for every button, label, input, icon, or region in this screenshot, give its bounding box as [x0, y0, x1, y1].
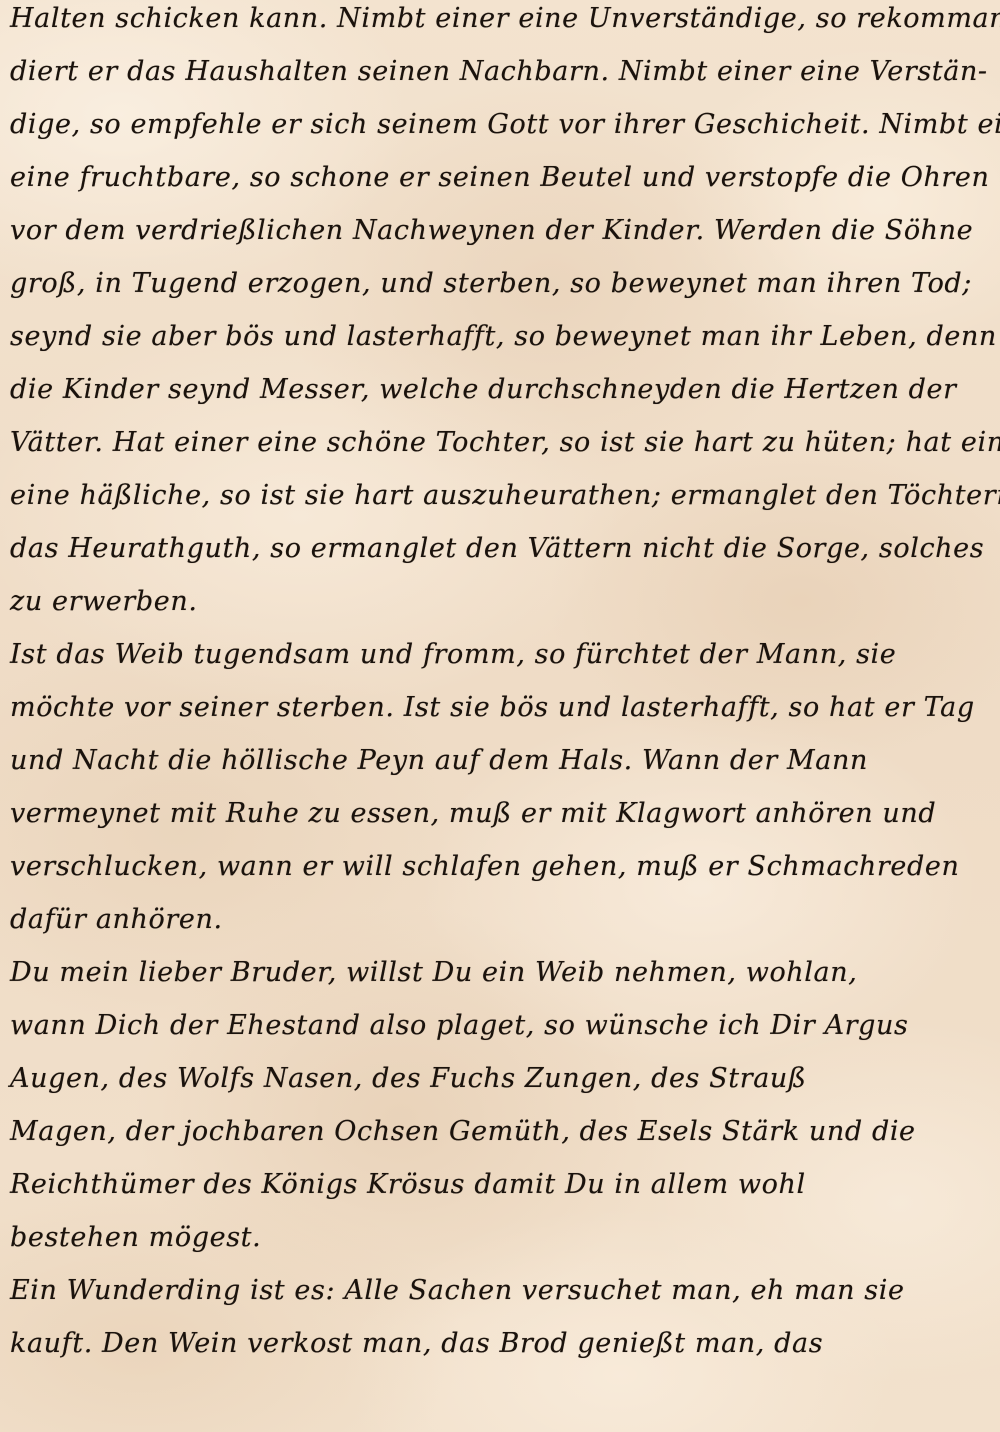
document-line: Du mein lieber Bruder, willst Du ein Wei…	[10, 946, 857, 999]
document-line: bestehen mögest.	[10, 1211, 261, 1264]
document-line: Ist das Weib tugendsam und fromm, so für…	[10, 628, 896, 681]
document-line: das Heurathguth, so ermanglet den Vätter…	[10, 522, 984, 575]
document-line: wann Dich der Ehestand also plaget, so w…	[10, 999, 909, 1052]
document-line: vor dem verdrießlichen Nachweynen der Ki…	[10, 204, 973, 257]
document-line: kauft. Den Wein verkost man, das Brod ge…	[10, 1317, 823, 1370]
document-line: vermeynet mit Ruhe zu essen, muß er mit …	[10, 787, 936, 840]
document-line: dige, so empfehle er sich seinem Gott vo…	[10, 98, 1000, 151]
document-line: und Nacht die höllische Peyn auf dem Hal…	[10, 734, 868, 787]
document-line: groß, in Tugend erzogen, und sterben, so…	[10, 257, 972, 310]
document-line: Augen, des Wolfs Nasen, des Fuchs Zungen…	[10, 1052, 807, 1105]
document-line: verschlucken, wann er will schlafen gehe…	[10, 840, 959, 893]
document-line: dafür anhören.	[10, 893, 223, 946]
document-line: die Kinder seynd Messer, welche durchsch…	[10, 363, 957, 416]
document-line: seynd sie aber bös und lasterhafft, so b…	[10, 310, 997, 363]
document-line: eine fruchtbare, so schone er seinen Beu…	[10, 151, 990, 204]
document-line: Ein Wunderding ist es: Alle Sachen versu…	[10, 1264, 905, 1317]
handwritten-document-page: Halten schicken kann. Nimbt einer eine U…	[0, 0, 1000, 1432]
document-line: möchte vor seiner sterben. Ist sie bös u…	[10, 681, 975, 734]
document-line: Reichthümer des Königs Krösus damit Du i…	[10, 1158, 806, 1211]
document-line: zu erwerben.	[10, 575, 198, 628]
document-line: diert er das Haushalten seinen Nachbarn.…	[10, 45, 988, 98]
document-line: Vätter. Hat einer eine schöne Tochter, s…	[10, 416, 1000, 469]
document-line: Halten schicken kann. Nimbt einer eine U…	[10, 0, 1000, 45]
document-line: eine häßliche, so ist sie hart auszuheur…	[10, 469, 1000, 522]
document-line: Magen, der jochbaren Ochsen Gemüth, des …	[10, 1105, 916, 1158]
